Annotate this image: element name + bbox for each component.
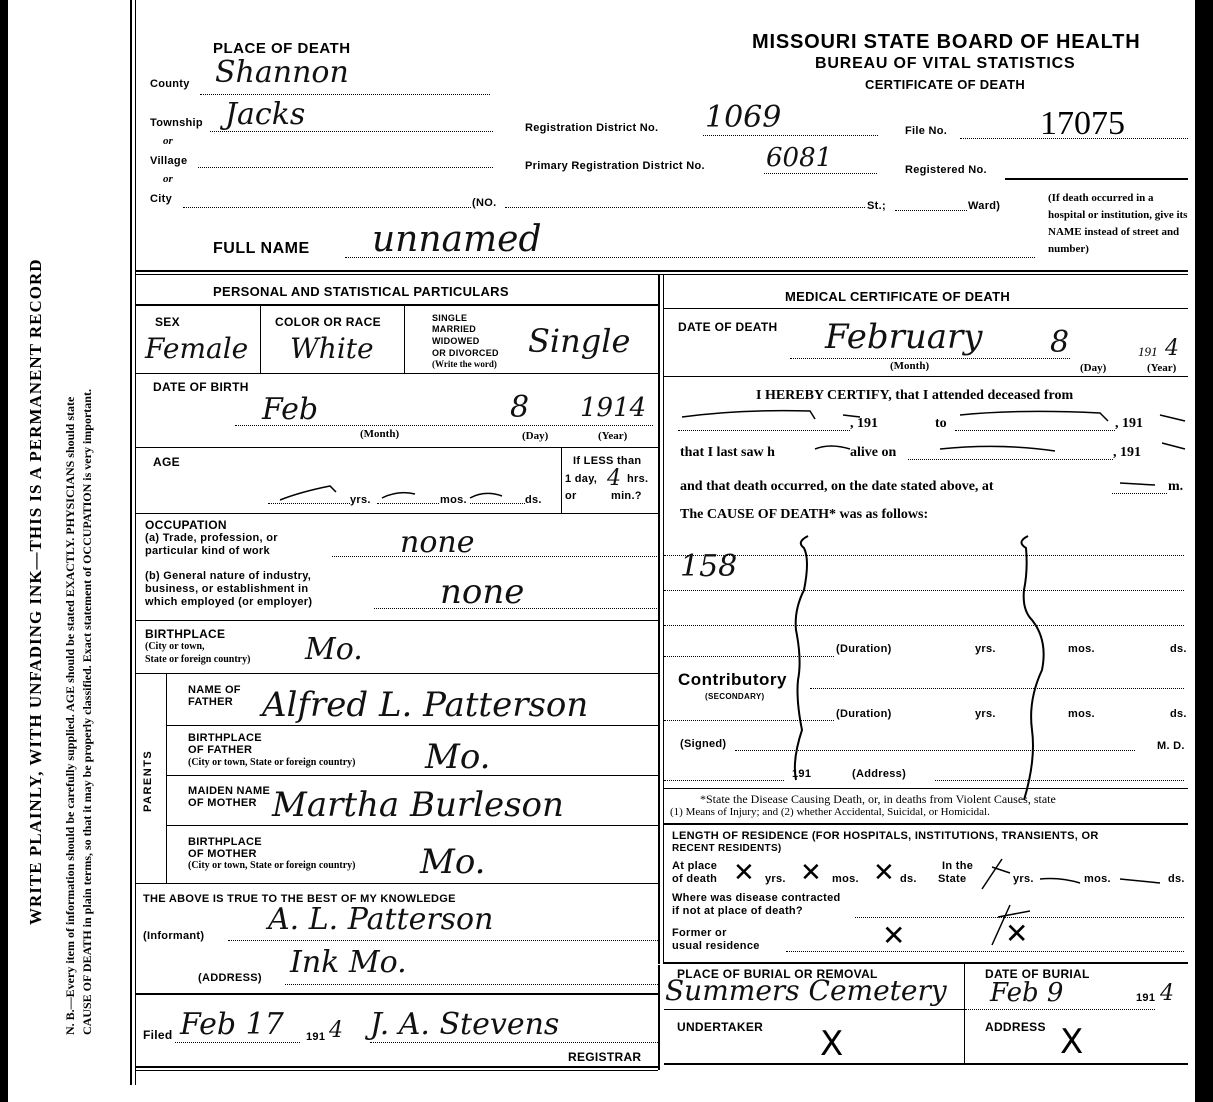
divider — [664, 376, 1188, 377]
at-place-label-2: of death — [672, 873, 717, 885]
filed-year-suffix[interactable]: 4 — [329, 1020, 343, 1042]
undertaker-address-value[interactable]: X — [1060, 1025, 1083, 1059]
informant-line — [228, 940, 658, 941]
marital-label-married: MARRIED — [432, 324, 476, 334]
dod-month-caption: (Month) — [890, 360, 929, 372]
marital-label-instructions: (Write the word) — [432, 359, 497, 369]
dod-day-caption: (Day) — [1080, 362, 1106, 374]
less-day-label: 1 day, — [565, 473, 597, 485]
file-number-label: File No. — [905, 125, 947, 137]
city-label: City — [150, 193, 172, 205]
divider — [166, 673, 167, 883]
birthplace-value[interactable]: Mo. — [305, 635, 363, 665]
cause-footnote-2: (1) Means of Injury; and (2) whether Acc… — [670, 806, 990, 818]
where-contracted-label-2: if not at place of death? — [672, 905, 803, 917]
strike-through-marks — [780, 530, 1060, 830]
burial-year-suffix[interactable]: 4 — [1160, 983, 1174, 1005]
in-state-label: In the — [942, 860, 973, 872]
sex-value[interactable]: Female — [145, 335, 248, 363]
township-value[interactable]: Jacks — [225, 100, 305, 130]
signed-label: (Signed) — [680, 738, 726, 750]
burial-year-prefix: 191 — [1136, 992, 1155, 1004]
dob-year-caption: (Year) — [598, 430, 627, 442]
mother-birthplace-value[interactable]: Mo. — [420, 845, 486, 879]
informant-value[interactable]: A. L. Patterson — [268, 905, 493, 935]
form-border-left-outer — [130, 0, 132, 1085]
occupation-a-line — [332, 556, 657, 557]
divider — [166, 825, 658, 826]
registrar-line — [370, 1042, 658, 1043]
city-line — [183, 207, 471, 208]
mother-name-value[interactable]: Martha Burleson — [272, 788, 564, 822]
certify-statement: I HEREBY CERTIFY, that I attended deceas… — [756, 388, 1073, 404]
mother-name-label: MAIDEN NAME — [188, 785, 270, 797]
residence-heading-2: RECENT RESIDENTS) — [672, 843, 782, 854]
county-value[interactable]: Shannon — [215, 58, 349, 88]
date-of-death-year-suffix[interactable]: 4 — [1165, 338, 1179, 360]
divider — [964, 963, 965, 1063]
scan-edge-left — [0, 0, 8, 1102]
filed-label: Filed — [143, 1028, 173, 1042]
less-minutes-label: min.? — [611, 490, 642, 502]
registration-district-line — [703, 135, 878, 136]
divider — [166, 775, 658, 776]
primary-district-line — [764, 173, 877, 174]
signed-date-line — [664, 780, 784, 781]
dob-month-caption: (Month) — [360, 428, 399, 440]
birthplace-label: BIRTHPLACE — [145, 627, 225, 641]
medical-heading: MEDICAL CERTIFICATE OF DEATH — [785, 289, 1010, 304]
divider — [136, 373, 658, 374]
divider — [664, 308, 1188, 309]
registration-district-value[interactable]: 1069 — [705, 103, 781, 133]
informant-label: (Informant) — [143, 930, 204, 942]
former-residence-mark-2: ✕ — [1005, 920, 1028, 948]
birthplace-sublabel: (City or town, — [145, 641, 205, 652]
mother-name-label-2: OF MOTHER — [188, 797, 257, 809]
secondary-label: (SECONDARY) — [705, 692, 764, 701]
duration-2-ds-label: ds. — [1170, 708, 1187, 720]
column-divider — [658, 965, 660, 1070]
father-birthplace-value[interactable]: Mo. — [425, 740, 491, 774]
dob-year[interactable]: 1914 — [580, 395, 646, 421]
registered-number-label: Registered No. — [905, 164, 987, 176]
file-number-value[interactable]: 17075 — [1040, 105, 1125, 143]
divider — [136, 447, 658, 448]
divider — [136, 304, 658, 306]
ward-label: Ward) — [968, 200, 1000, 212]
father-birthplace-sublabel: (City or town, State or foreign country) — [188, 757, 355, 768]
marital-label-divorced: OR DIVORCED — [432, 348, 499, 358]
divider — [136, 513, 658, 514]
filed-year-prefix: 191 — [306, 1031, 325, 1043]
street-suffix-label: St.; — [867, 200, 886, 212]
county-label: County — [150, 78, 190, 90]
in-state-ds-label: ds. — [1168, 873, 1185, 885]
hospital-note: (If death occurred in a hospital or inst… — [1048, 190, 1190, 258]
column-divider — [658, 274, 660, 964]
divider — [404, 305, 405, 373]
dash-marks — [680, 405, 1190, 500]
column-divider — [663, 274, 664, 964]
full-name-value[interactable]: unnamed — [372, 222, 542, 258]
divider — [166, 725, 658, 726]
at-place-ds-label: ds. — [900, 873, 917, 885]
address-value[interactable]: Ink Mo. — [290, 948, 407, 978]
father-name-value[interactable]: Alfred L. Patterson — [262, 688, 588, 722]
burial-date-line — [965, 1009, 1155, 1010]
occupation-b-value[interactable]: none — [440, 575, 524, 609]
sex-label: SEX — [155, 315, 180, 329]
cause-footnote: *State the Disease Causing Death, or, in… — [700, 792, 1056, 807]
dod-year-caption: (Year) — [1147, 362, 1176, 374]
mother-birthplace-label: BIRTHPLACE — [188, 836, 262, 848]
father-name-label-2: FATHER — [188, 696, 233, 708]
at-place-yrs-label: yrs. — [765, 873, 786, 885]
divider — [136, 883, 658, 884]
registration-district-label: Registration District No. — [525, 122, 658, 134]
address-line — [285, 984, 658, 985]
at-place-yrs-mark: ✕ — [733, 860, 755, 886]
divider — [561, 448, 562, 513]
bureau-subtitle: BUREAU OF VITAL STATISTICS — [815, 55, 1076, 73]
former-residence-label-2: usual residence — [672, 940, 760, 952]
divider — [664, 823, 1188, 825]
at-place-label: At place — [672, 860, 717, 872]
duration-mos-label: mos. — [1068, 643, 1095, 655]
occupation-a-label: (a) Trade, profession, or — [145, 532, 278, 544]
primary-district-value[interactable]: 6081 — [766, 145, 832, 171]
race-value[interactable]: White — [290, 335, 374, 363]
street-line — [505, 207, 865, 208]
father-name-label: NAME OF — [188, 684, 241, 696]
side-note-main: WRITE PLAINLY, WITH UNFADING INK—THIS IS… — [26, 258, 46, 925]
duration-ds-label: ds. — [1170, 643, 1187, 655]
registrar-label: REGISTRAR — [568, 1050, 641, 1064]
filed-date-line — [175, 1042, 300, 1043]
mother-birthplace-sublabel: (City or town, State or foreign country) — [188, 860, 355, 871]
date-of-death-label: DATE OF DEATH — [678, 320, 777, 334]
former-residence-line — [786, 951, 1184, 952]
divider — [136, 620, 658, 621]
divider — [136, 993, 658, 995]
divider — [136, 673, 658, 674]
burial-date-value[interactable]: Feb 9 — [990, 980, 1063, 1006]
or-label: or — [163, 135, 173, 147]
registered-number-line — [1005, 178, 1188, 180]
burial-place-line — [664, 1009, 964, 1010]
village-line — [198, 167, 493, 168]
form-border-left-inner — [135, 0, 136, 1085]
undertaker-value[interactable]: X — [820, 1027, 843, 1061]
township-label: Township — [150, 117, 203, 129]
dob-month[interactable]: Feb — [262, 395, 318, 425]
village-label: Village — [150, 155, 187, 167]
former-residence-mark: ✕ — [882, 922, 905, 950]
race-label: COLOR OR RACE — [275, 315, 381, 329]
cause-of-death-value[interactable]: 158 — [680, 552, 737, 582]
personal-heading: PERSONAL AND STATISTICAL PARTICULARS — [213, 284, 509, 299]
mother-birthplace-label-2: OF MOTHER — [188, 848, 257, 860]
age-years-line — [268, 503, 350, 504]
contributory-label: Contributory — [678, 670, 787, 690]
age-months-line — [377, 503, 439, 504]
former-residence-label: Former or — [672, 927, 727, 939]
marital-label-widowed: WIDOWED — [432, 336, 480, 346]
occupation-b-label-2: business, or establishment in — [145, 583, 308, 595]
date-of-death-year-prefix: 191 — [1138, 344, 1158, 360]
marital-value[interactable]: Single — [528, 325, 630, 357]
father-birthplace-label: BIRTHPLACE — [188, 732, 262, 744]
divider — [136, 274, 1188, 275]
burial-place-value[interactable]: Summers Cemetery — [665, 977, 947, 1005]
age-days-line — [470, 503, 525, 504]
divider — [136, 1066, 658, 1068]
county-line — [200, 94, 490, 95]
date-of-death-line — [790, 358, 1070, 359]
dob-day-caption: (Day) — [522, 430, 548, 442]
residence-heading: LENGTH OF RESIDENCE (FOR HOSPITALS, INST… — [672, 830, 1099, 842]
or-label: or — [163, 173, 173, 185]
age-dash-marks — [270, 480, 530, 502]
side-note-line1: N. B.—Every item of information should b… — [63, 397, 78, 1035]
where-contracted-label: Where was disease contracted — [672, 892, 841, 904]
less-hours-label: hrs. — [627, 473, 648, 485]
date-of-death-month[interactable]: February — [825, 320, 983, 354]
divider — [136, 1070, 658, 1071]
divider — [260, 305, 261, 373]
in-state-label-2: State — [938, 873, 966, 885]
registrar-signature[interactable]: J. A. Stevens — [370, 1010, 559, 1040]
birthplace-sublabel-2: State or foreign country) — [145, 654, 250, 665]
md-label: M. D. — [1157, 740, 1185, 752]
dob-day[interactable]: 8 — [510, 393, 529, 423]
primary-district-label: Primary Registration District No. — [525, 160, 705, 172]
cause-of-death-label: The CAUSE OF DEATH* was as follows: — [680, 507, 928, 523]
date-of-death-day[interactable]: 8 — [1050, 328, 1069, 358]
at-place-mos-mark: ✕ — [800, 860, 822, 886]
scan-edge-right — [1195, 0, 1213, 1102]
side-note-line2: CAUSE OF DEATH in plain terms, so that i… — [80, 389, 95, 1035]
filed-date[interactable]: Feb 17 — [180, 1010, 284, 1040]
occupation-b-label-3: which employed (or employer) — [145, 596, 312, 608]
divider — [664, 1063, 1188, 1065]
dob-label: DATE OF BIRTH — [153, 380, 249, 394]
duration-2-mos-label: mos. — [1068, 708, 1095, 720]
occupation-heading: OCCUPATION — [145, 518, 227, 532]
undertaker-address-label: ADDRESS — [985, 1020, 1046, 1034]
certificate-name: CERTIFICATE OF DEATH — [865, 77, 1025, 92]
less-hours-value[interactable]: 4 — [607, 468, 621, 490]
ward-line — [895, 210, 967, 211]
full-name-label: FULL NAME — [213, 240, 310, 258]
street-number-label: (NO. — [472, 197, 496, 209]
occupation-b-label: (b) General nature of industry, — [145, 570, 311, 582]
address-label: (ADDRESS) — [198, 972, 262, 984]
occupation-a-value[interactable]: none — [400, 528, 474, 558]
age-label: AGE — [153, 455, 180, 469]
divider — [664, 962, 1188, 964]
father-birthplace-label-2: OF FATHER — [188, 744, 252, 756]
at-place-ds-mark: ✕ — [873, 860, 895, 886]
parents-label: PARENTS — [142, 750, 154, 812]
undertaker-label: UNDERTAKER — [677, 1020, 763, 1034]
at-place-mos-label: mos. — [832, 873, 859, 885]
board-title: MISSOURI STATE BOARD OF HEALTH — [752, 31, 1140, 54]
occupation-a-label-2: particular kind of work — [145, 545, 270, 557]
divider — [136, 270, 1188, 272]
less-or-label: or — [565, 490, 577, 502]
marital-label-single: SINGLE — [432, 313, 467, 323]
